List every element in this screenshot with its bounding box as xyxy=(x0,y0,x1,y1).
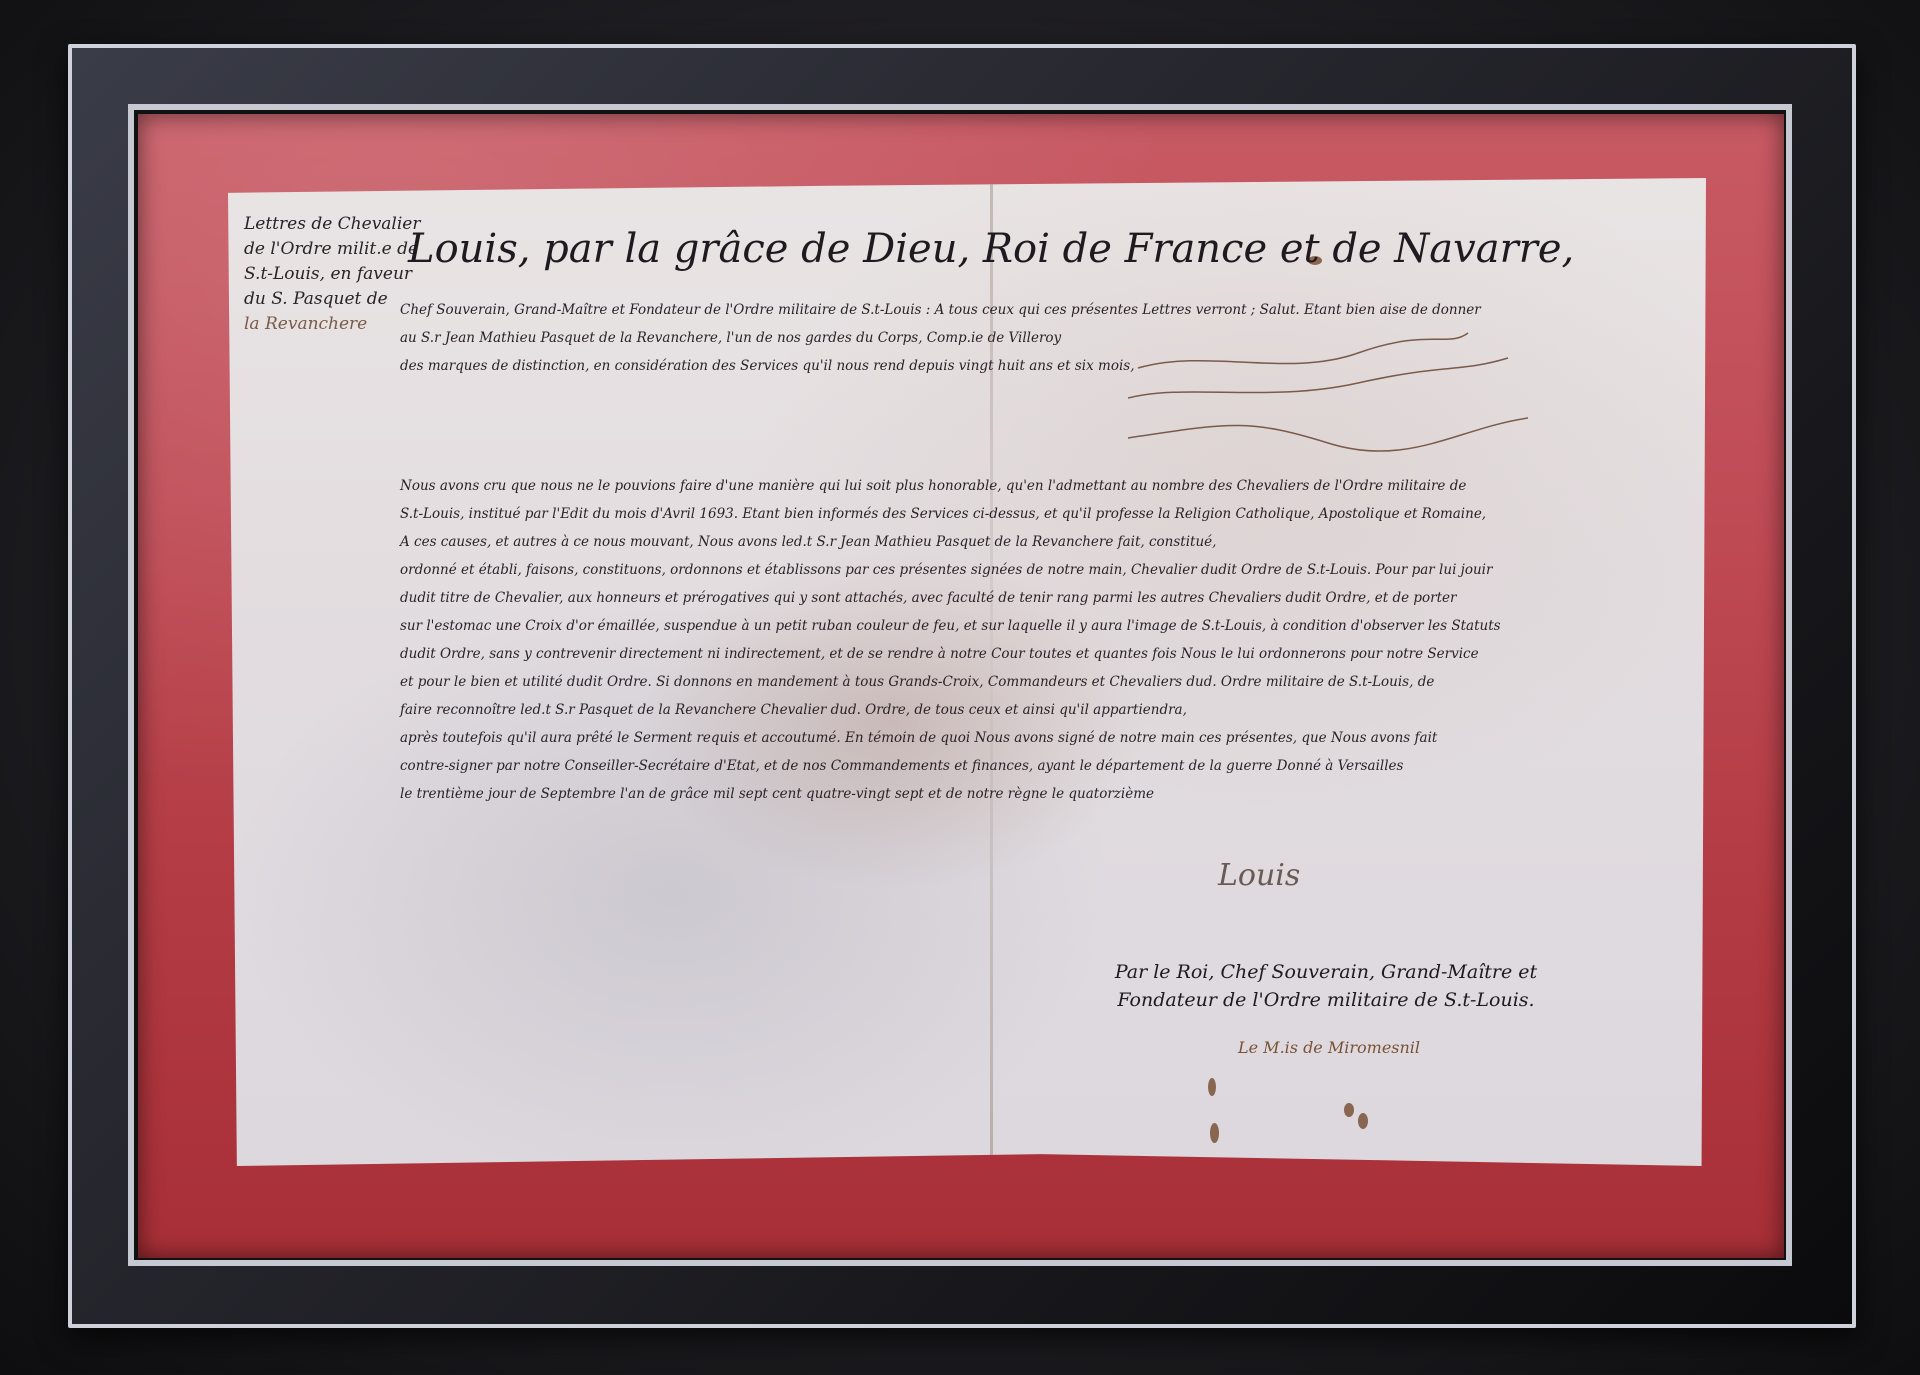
closing-attestation: Par le Roi, Chef Souverain, Grand-Maître… xyxy=(1086,958,1566,1014)
body-line: S.t-Louis, institué par l'Edit du mois d… xyxy=(400,506,1486,522)
body-line: A ces causes, et autres à ce nous mouvan… xyxy=(400,534,1216,550)
preamble-line: Chef Souverain, Grand-Maître et Fondateu… xyxy=(400,302,1481,318)
body-line: ordonné et établi, faisons, constituons,… xyxy=(400,562,1492,578)
royal-signature: Louis xyxy=(1218,858,1300,893)
document-title: Louis, par la grâce de Dieu, Roi de Fran… xyxy=(408,226,1574,272)
ink-stain xyxy=(1358,1113,1368,1129)
body-line: dudit titre de Chevalier, aux honneurs e… xyxy=(400,590,1456,606)
body-line: Nous avons cru que nous ne le pouvions f… xyxy=(400,478,1466,494)
parchment-document: Lettres de Chevalier de l'Ordre milit.e … xyxy=(228,178,1706,1166)
preamble-line: des marques de distinction, en considéra… xyxy=(400,358,1135,374)
closing-line: Par le Roi, Chef Souverain, Grand-Maître… xyxy=(1086,958,1566,986)
body-line: et pour le bien et utilité dudit Ordre. … xyxy=(400,674,1434,690)
countersignature: Le M.is de Miromesnil xyxy=(1238,1038,1420,1057)
ink-stain xyxy=(1208,1078,1216,1096)
body-line: contre-signer par notre Conseiller-Secré… xyxy=(400,758,1403,774)
closing-line: Fondateur de l'Ordre militaire de S.t-Lo… xyxy=(1086,986,1566,1014)
ink-stain xyxy=(1210,1123,1219,1143)
body-line: le trentième jour de Septembre l'an de g… xyxy=(400,786,1154,802)
center-fold xyxy=(990,178,993,1166)
body-line: sur l'estomac une Croix d'or émaillée, s… xyxy=(400,618,1501,634)
body-line: faire reconnoître led.t S.r Pasquet de l… xyxy=(400,702,1187,718)
body-line: après toutefois qu'il aura prêté le Serm… xyxy=(400,730,1437,746)
body-line: dudit Ordre, sans y contrevenir directem… xyxy=(400,646,1479,662)
ink-stain xyxy=(1344,1103,1354,1117)
flourish-decoration xyxy=(1128,328,1548,458)
preamble-line: au S.r Jean Mathieu Pasquet de la Revanc… xyxy=(400,330,1061,346)
